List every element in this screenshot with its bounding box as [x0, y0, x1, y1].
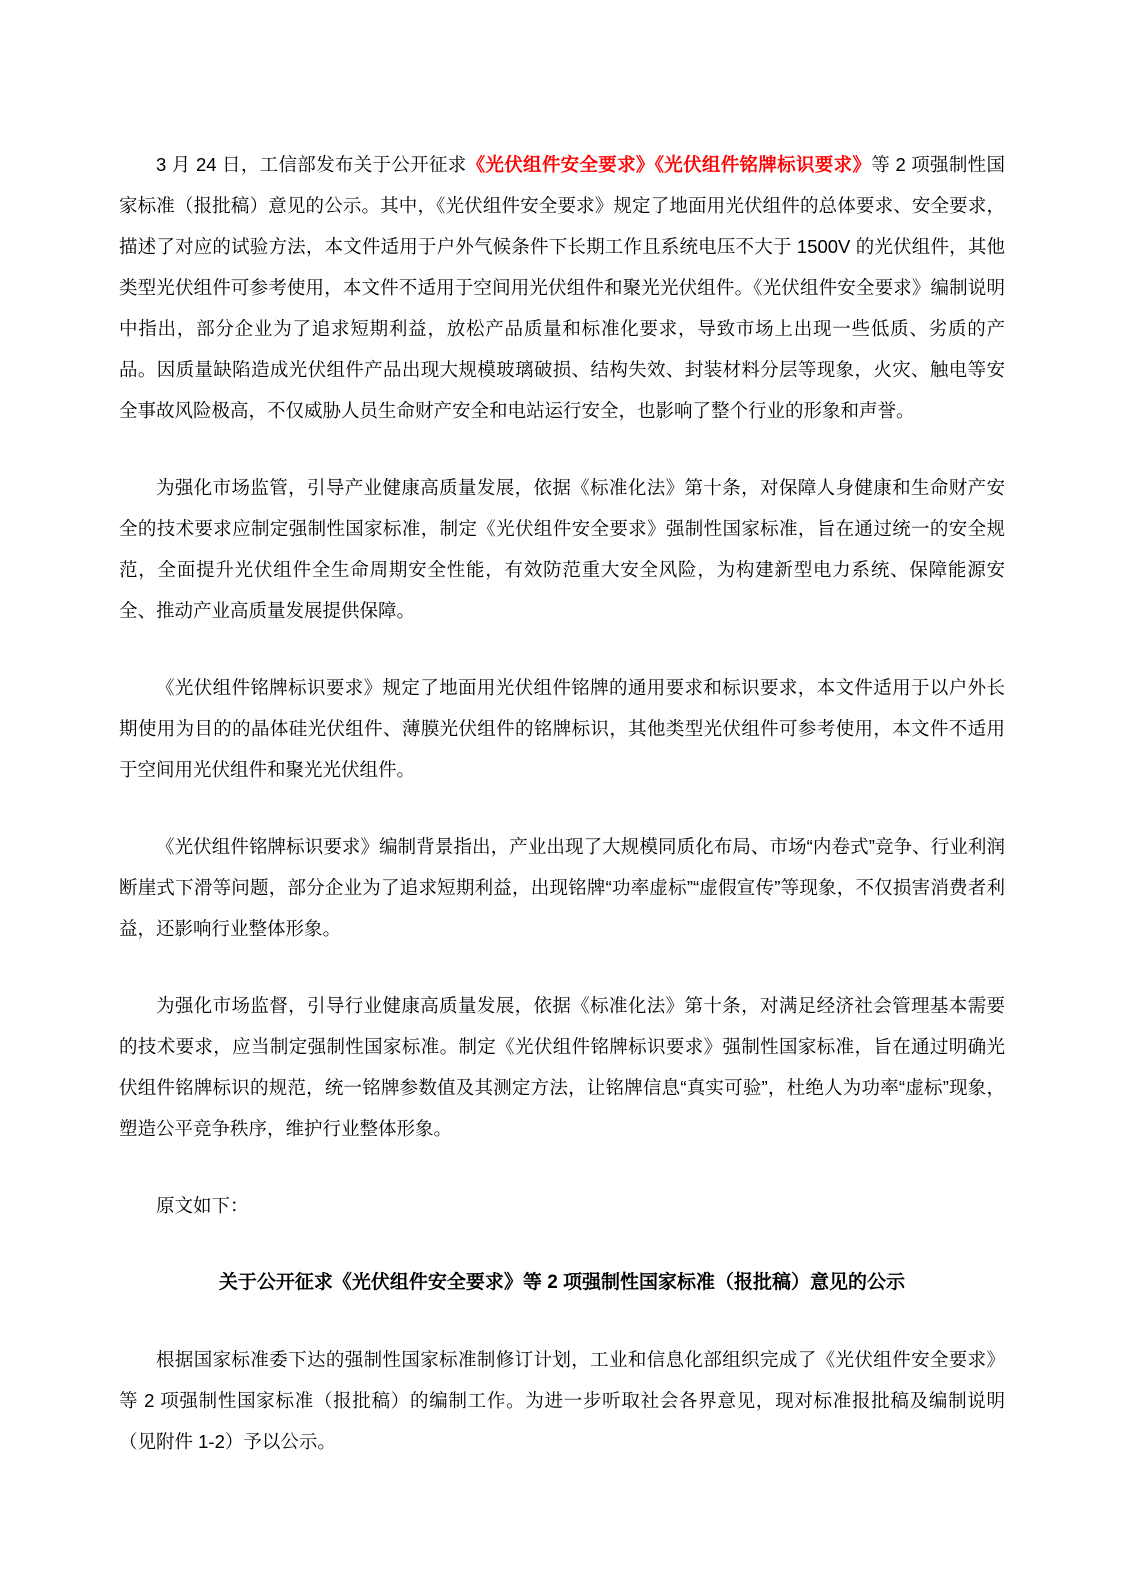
paragraph-nameplate-purpose: 为强化市场监督，引导行业健康高质量发展，依据《标准化法》第十条，对满足经济社会管…	[119, 985, 1005, 1149]
paragraph-intro: 3 月 24 日，工信部发布关于公开征求《光伏组件安全要求》《光伏组件铭牌标识要…	[119, 144, 1005, 431]
original-text-label: 原文如下：	[119, 1185, 1005, 1226]
paragraph-safety-standard-purpose: 为强化市场监管，引导产业健康高质量发展，依据《标准化法》第十条，对保障人身健康和…	[119, 467, 1005, 631]
paragraph-announcement-body: 根据国家标准委下达的强制性国家标准制修订计划，工业和信息化部组织完成了《光伏组件…	[119, 1339, 1005, 1462]
intro-text-after-red: 等 2 项强制性国家标准（报批稿）意见的公示。其中，《光伏组件安全要求》规定了地…	[119, 154, 1005, 421]
announcement-heading: 关于公开征求《光伏组件安全要求》等 2 项强制性国家标准（报批稿）意见的公示	[119, 1262, 1005, 1303]
paragraph-nameplate-background: 《光伏组件铭牌标识要求》编制背景指出，产业出现了大规模同质化布局、市场“内卷式”…	[119, 826, 1005, 949]
intro-text-before-red: 3 月 24 日，工信部发布关于公开征求	[156, 154, 467, 175]
standard-titles-highlight: 《光伏组件安全要求》《光伏组件铭牌标识要求》	[467, 154, 872, 175]
document-page: 3 月 24 日，工信部发布关于公开征求《光伏组件安全要求》《光伏组件铭牌标识要…	[0, 0, 1122, 1587]
paragraph-nameplate-scope: 《光伏组件铭牌标识要求》规定了地面用光伏组件铭牌的通用要求和标识要求，本文件适用…	[119, 667, 1005, 790]
